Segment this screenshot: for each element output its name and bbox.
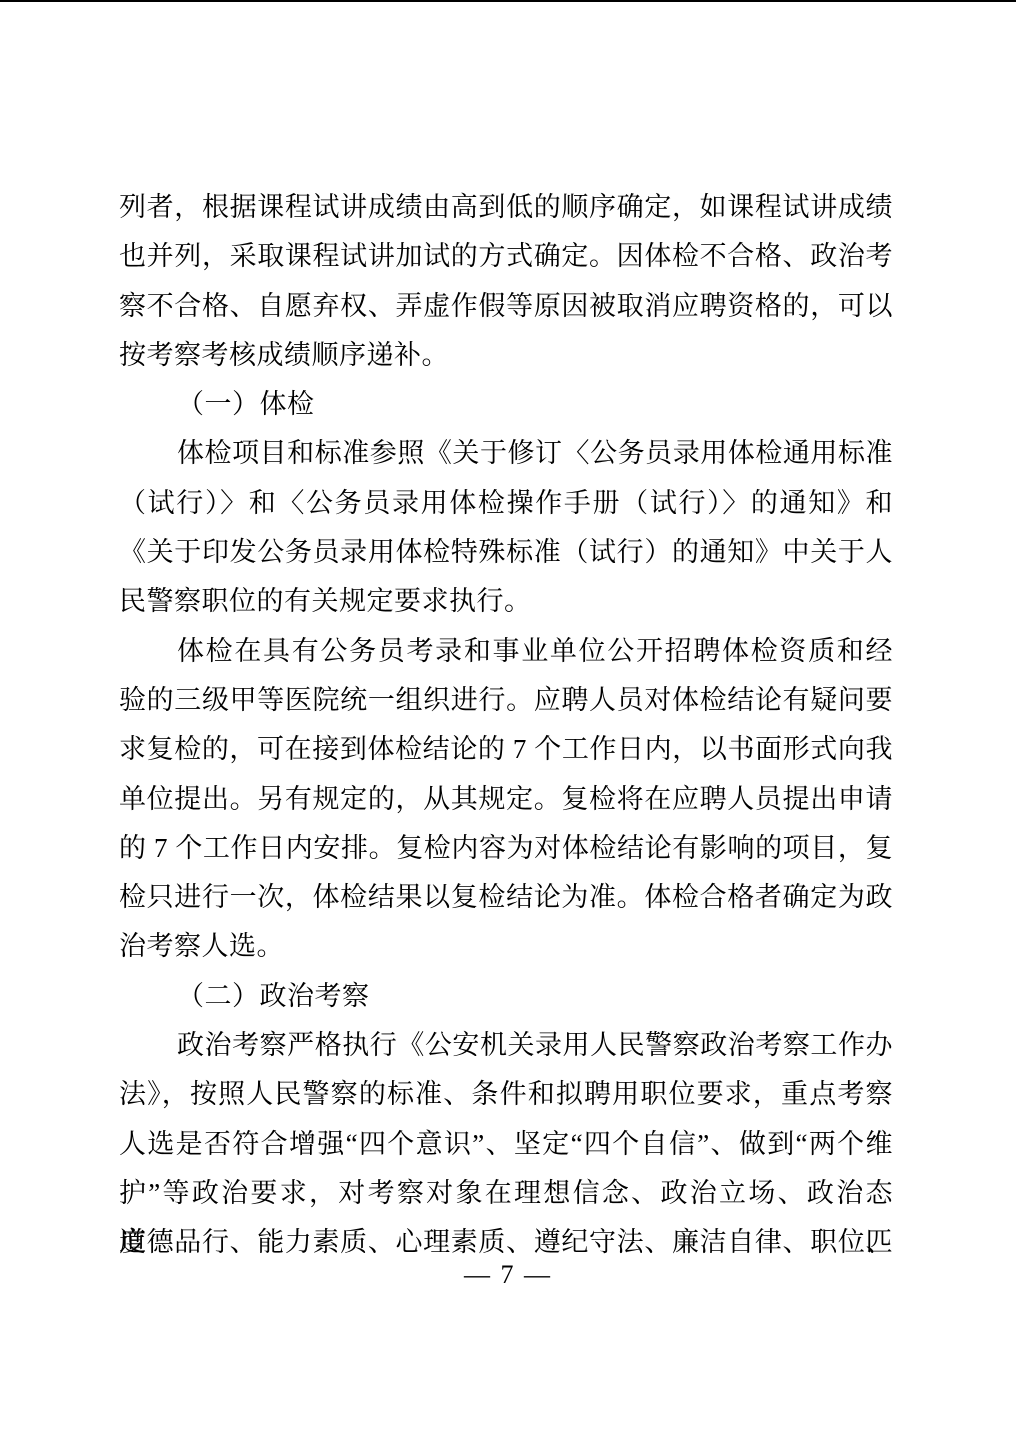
text-line: 《关于印发公务员录用体检特殊标准（试行）的通知》中关于人 [119, 528, 893, 577]
text-line: 单位提出。另有规定的，从其规定。复检将在应聘人员提出申请 [119, 775, 893, 824]
text-line: （试行）〉和〈公务员录用体检操作手册（试行）〉的通知》和 [119, 479, 893, 528]
text-block: 列者，根据课程试讲成绩由高到低的顺序确定，如课程试讲成绩也并列，采取课程试讲加试… [119, 183, 893, 1268]
text-line: 按考察考核成绩顺序递补。 [119, 331, 893, 380]
document-page: 列者，根据课程试讲成绩由高到低的顺序确定，如课程试讲成绩也并列，采取课程试讲加试… [0, 0, 1016, 1439]
text-line: 人选是否符合增强“四个意识”、坚定“四个自信”、做到“两个维 [119, 1120, 893, 1169]
text-line: 列者，根据课程试讲成绩由高到低的顺序确定，如课程试讲成绩 [119, 183, 893, 232]
text-line: 检只进行一次，体检结果以复检结论为准。体检合格者确定为政 [119, 873, 893, 922]
heading-line: （二）政治考察 [119, 972, 893, 1021]
paragraph: 政治考察严格执行《公安机关录用人民警察政治考察工作办法》，按照人民警察的标准、条… [119, 1021, 893, 1267]
text-line: 民警察职位的有关规定要求执行。 [119, 577, 893, 626]
page-number: — 7 — [0, 1260, 1016, 1290]
paragraph: 体检在具有公务员考录和事业单位公开招聘体检资质和经验的三级甲等医院统一组织进行。… [119, 627, 893, 972]
text-line: 政治考察严格执行《公安机关录用人民警察政治考察工作办 [119, 1021, 893, 1070]
text-line: 治考察人选。 [119, 922, 893, 971]
text-line: 体检在具有公务员考录和事业单位公开招聘体检资质和经 [119, 627, 893, 676]
text-line: 法》，按照人民警察的标准、条件和拟聘用职位要求，重点考察 [119, 1070, 893, 1119]
text-line: 也并列，采取课程试讲加试的方式确定。因体检不合格、政治考 [119, 232, 893, 281]
paragraph: 列者，根据课程试讲成绩由高到低的顺序确定，如课程试讲成绩也并列，采取课程试讲加试… [119, 183, 893, 380]
text-line: 验的三级甲等医院统一组织进行。应聘人员对体检结论有疑问要 [119, 676, 893, 725]
text-line: 求复检的，可在接到体检结论的 7 个工作日内，以书面形式向我 [119, 725, 893, 774]
section-heading: （一）体检 [119, 380, 893, 429]
text-line: 体检项目和标准参照《关于修订〈公务员录用体检通用标准 [119, 429, 893, 478]
heading-line: （一）体检 [119, 380, 893, 429]
text-line: 护”等政治要求，对考察对象在理想信念、政治立场、政治态度、 [119, 1169, 893, 1218]
section-heading: （二）政治考察 [119, 972, 893, 1021]
text-line: 察不合格、自愿弃权、弄虚作假等原因被取消应聘资格的，可以 [119, 282, 893, 331]
paragraph: 体检项目和标准参照《关于修订〈公务员录用体检通用标准（试行）〉和〈公务员录用体检… [119, 429, 893, 626]
text-line: 的 7 个工作日内安排。复检内容为对体检结论有影响的项目，复 [119, 824, 893, 873]
page-top-border [0, 0, 1016, 2]
